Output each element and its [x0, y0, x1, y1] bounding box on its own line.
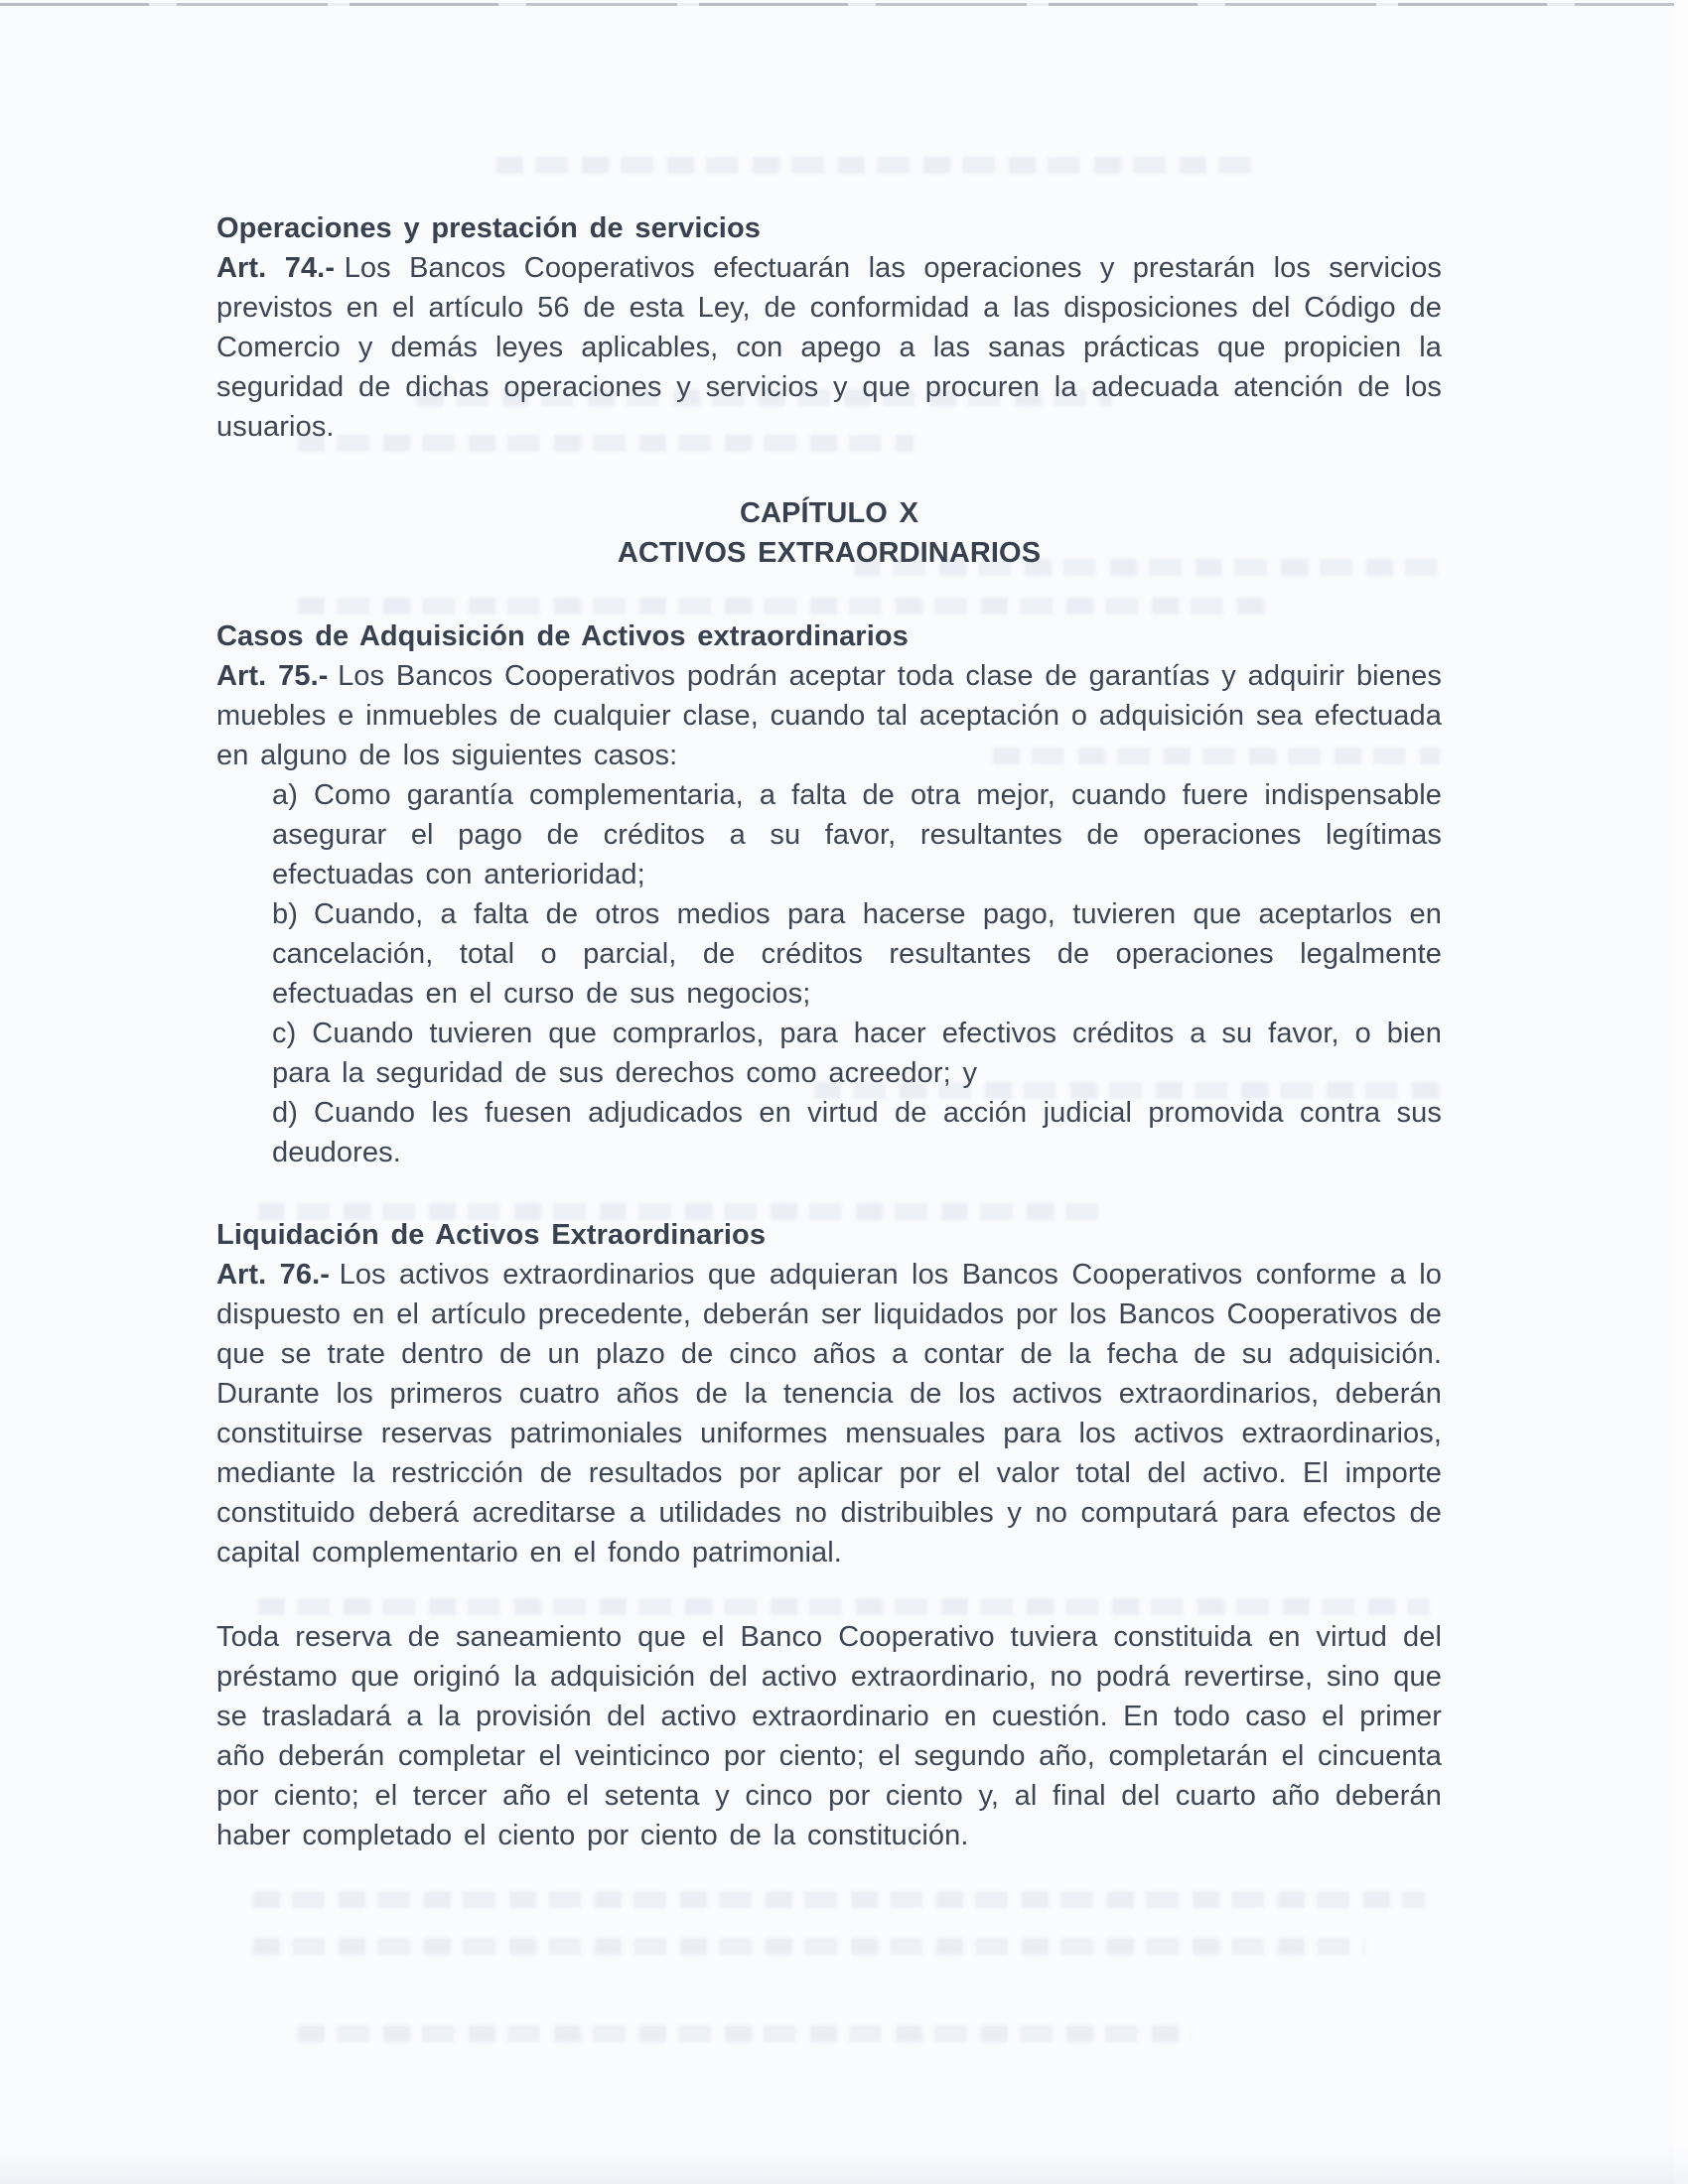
list-item-d-label: d) — [272, 1097, 298, 1129]
article-75-item-list: a)Como garantía complementaria, a falta … — [216, 775, 1442, 1172]
section-heading-liquidacion: Liquidación de Activos Extraordinarios — [216, 1215, 1442, 1255]
list-item-a-text: Como garantía complementaria, a falta de… — [272, 779, 1442, 890]
article-74-label: Art. 74.- — [216, 252, 335, 284]
closing-paragraph: Toda reserva de saneamiento que el Banco… — [216, 1617, 1442, 1855]
bleed-through-ghost — [253, 1938, 1365, 1955]
list-item-d-text: Cuando les fuesen adjudicados en virtud … — [272, 1097, 1442, 1168]
bleed-through-ghost — [253, 1891, 1425, 1908]
article-76-label: Art. 76.- — [216, 1259, 330, 1291]
list-item-c-label: c) — [272, 1018, 296, 1049]
article-74-body: Los Bancos Cooperativos efectuarán las o… — [216, 252, 1442, 443]
list-item-b-text: Cuando, a falta de otros medios para hac… — [272, 898, 1442, 1010]
scan-bottom-band — [0, 2148, 1688, 2184]
list-item-a: a)Como garantía complementaria, a falta … — [272, 775, 1442, 894]
list-item-d: d)Cuando les fuesen adjudicados en virtu… — [272, 1093, 1442, 1172]
list-item-a-label: a) — [272, 779, 298, 811]
page-content: Operaciones y prestación de servicios Ar… — [216, 208, 1442, 1855]
list-item-c-text: Cuando tuvieren que comprarlos, para hac… — [272, 1018, 1442, 1089]
list-item-b: b)Cuando, a falta de otros medios para h… — [272, 894, 1442, 1014]
scan-edge-strip — [1674, 0, 1688, 2184]
list-item-c: c)Cuando tuvieren que comprarlos, para h… — [272, 1014, 1442, 1093]
scan-edge-line — [0, 3, 1688, 6]
chapter-subtitle: ACTIVOS EXTRAORDINARIOS — [216, 533, 1442, 573]
document-page: Operaciones y prestación de servicios Ar… — [0, 0, 1688, 2184]
bleed-through-ghost — [298, 2025, 1192, 2042]
bleed-through-ghost — [496, 157, 1251, 174]
list-item-b-label: b) — [272, 898, 298, 930]
article-75-paragraph: Art. 75.-Los Bancos Cooperativos podrán … — [216, 656, 1442, 775]
article-76-body: Los activos extraordinarios que adquiera… — [216, 1259, 1442, 1569]
article-76-paragraph: Art. 76.-Los activos extraordinarios que… — [216, 1255, 1442, 1572]
article-74-paragraph: Art. 74.-Los Bancos Cooperativos efectua… — [216, 248, 1442, 447]
section-heading-operaciones: Operaciones y prestación de servicios — [216, 208, 1442, 248]
section-heading-casos: Casos de Adquisición de Activos extraord… — [216, 616, 1442, 656]
article-75-intro: Los Bancos Cooperativos podrán aceptar t… — [216, 660, 1442, 771]
chapter-heading-block: CAPÍTULO X ACTIVOS EXTRAORDINARIOS — [216, 493, 1442, 573]
article-75-label: Art. 75.- — [216, 660, 329, 692]
chapter-title: CAPÍTULO X — [216, 493, 1442, 533]
